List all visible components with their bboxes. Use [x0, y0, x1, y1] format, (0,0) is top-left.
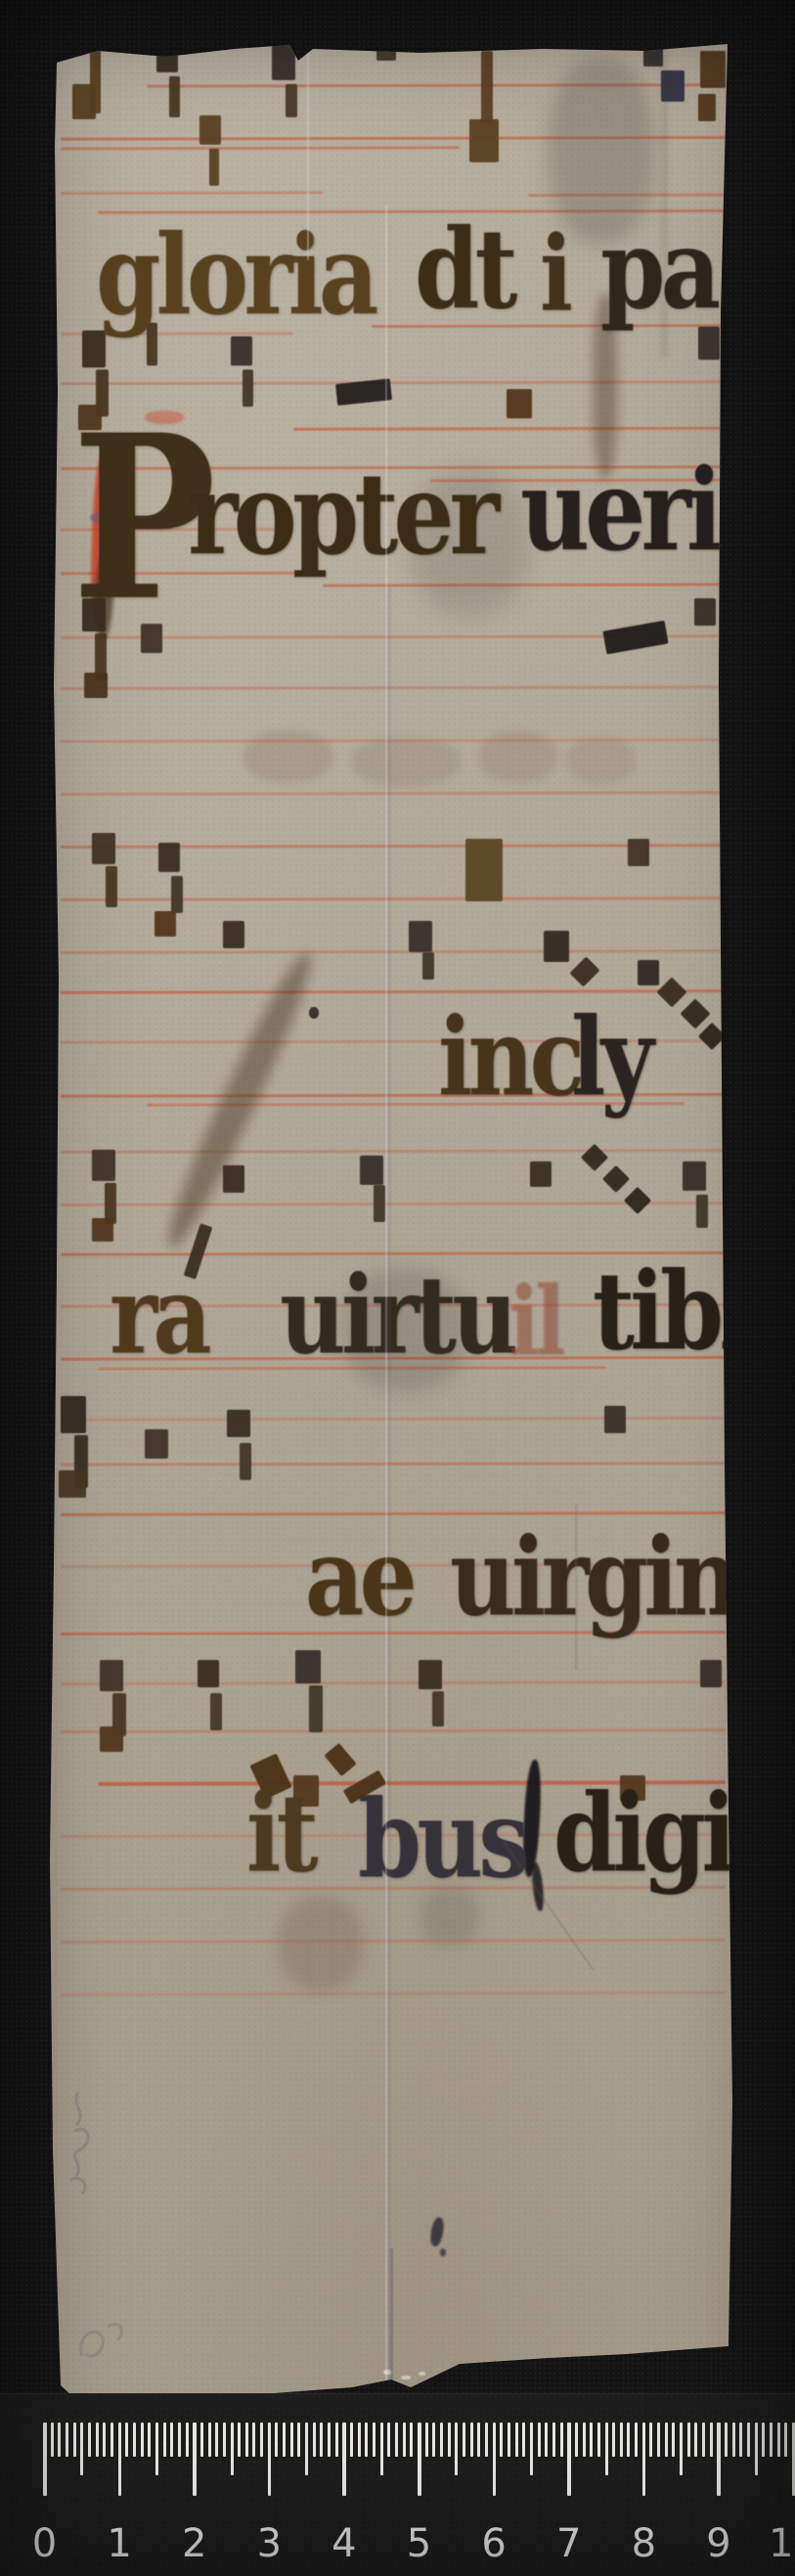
ruler-number: 5: [390, 2521, 449, 2566]
pencil-inscription: [51, 2082, 139, 2200]
pencil-inscription-2: [68, 2297, 156, 2385]
ruler-number: 3: [240, 2521, 298, 2566]
ruler-number: 4: [315, 2521, 374, 2566]
ruler-number: 8: [614, 2521, 673, 2566]
measurement-ruler: 012345678910: [0, 2393, 795, 2576]
ruler-number: 2: [165, 2521, 224, 2566]
photo-canvas: gloriadtipaPropterueritinclyrauirtuiltib…: [0, 0, 795, 2576]
ruler-number: 1: [90, 2521, 149, 2566]
ruler-number: 0: [16, 2521, 74, 2566]
ruler-number: 7: [540, 2521, 598, 2566]
ruler-numbers: 012345678910: [0, 2394, 795, 2576]
ruler-number: 9: [689, 2521, 748, 2566]
ruler-number: 6: [464, 2521, 523, 2566]
ruler-number: 10: [765, 2521, 795, 2566]
